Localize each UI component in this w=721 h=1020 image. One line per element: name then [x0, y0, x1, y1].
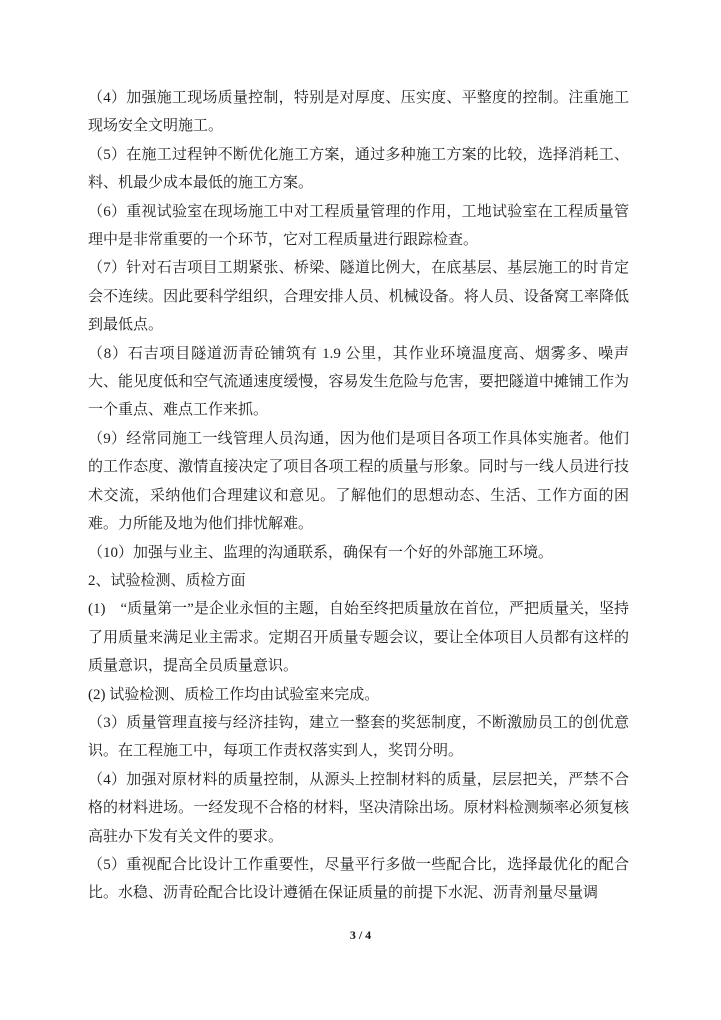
section2-item-4: （4）加强对原材料的质量控制，从源头上控制材料的质量，层层把关，严禁不合格的材料…	[88, 766, 629, 851]
page-footer: 3 / 4	[0, 928, 721, 943]
list-item-6: （6）重视试验室在现场施工中对工程质量管理的作用，工地试验室在工程质量管理中是非…	[88, 198, 629, 255]
section2-item-2: (2) 试验检测、质检工作均由试验室来完成。	[88, 681, 629, 709]
list-item-4: （4）加强施工现场质量控制，特别是对厚度、压实度、平整度的控制。注重施工现场安全…	[88, 84, 629, 141]
list-item-9: （9）经常同施工一线管理人员沟通，因为他们是项目各项工作具体实施者。他们的工作态…	[88, 425, 629, 539]
section2-item-1: (1) “质量第一”是企业永恒的主题，自始至终把质量放在首位，严把质量关，坚持了…	[88, 595, 629, 680]
section2-item-3: （3）质量管理直接与经济挂钩，建立一整套的奖惩制度，不断激励员工的创优意识。在工…	[88, 709, 629, 766]
page-number: 3 / 4	[350, 928, 371, 942]
list-item-8: （8）石吉项目隧道沥青砼铺筑有 1.9 公里，其作业环境温度高、烟雾多、噪声大、…	[88, 340, 629, 425]
document-body: （4）加强施工现场质量控制，特别是对厚度、压实度、平整度的控制。注重施工现场安全…	[88, 84, 629, 908]
section-heading: 2、试验检测、质检方面	[88, 567, 629, 595]
list-item-7: （7）针对石吉项目工期紧张、桥梁、隧道比例大，在底基层、基层施工的时肯定会不连续…	[88, 254, 629, 339]
list-item-5: （5）在施工过程钟不断优化施工方案，通过多种施工方案的比较，选择消耗工、料、机最…	[88, 141, 629, 198]
list-item-10: （10）加强与业主、监理的沟通联系，确保有一个好的外部施工环境。	[88, 539, 629, 567]
document-page: （4）加强施工现场质量控制，特别是对厚度、压实度、平整度的控制。注重施工现场安全…	[0, 0, 721, 1020]
section2-item-5: （5）重视配合比设计工作重要性，尽量平行多做一些配合比，选择最优化的配合比。水稳…	[88, 851, 629, 908]
